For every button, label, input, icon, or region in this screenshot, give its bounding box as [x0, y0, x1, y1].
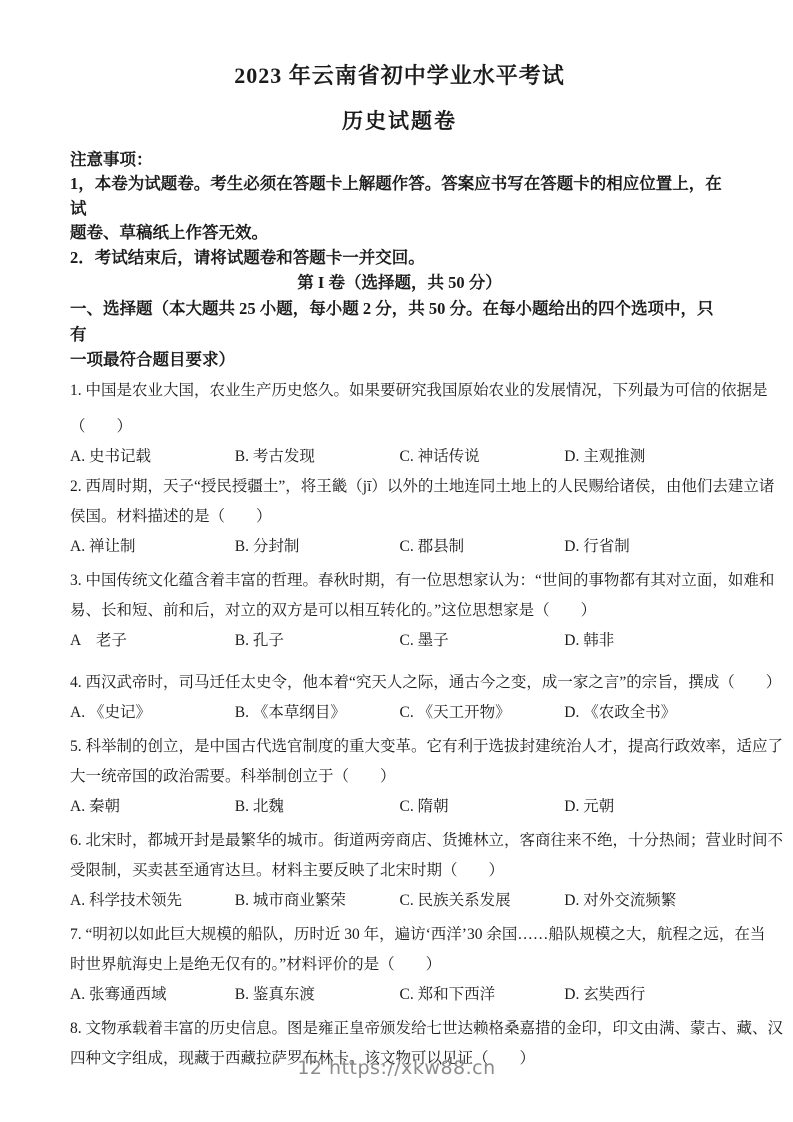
option-c: C. 神话传说 — [400, 442, 565, 472]
question-5-text-cont: 大一统帝国的政治需要。科举制创立于（ ） — [70, 762, 729, 792]
question-3-text-cont: 易、长和短、前和后，对立的双方是可以相互转化的。”这位思想家是（ ） — [70, 596, 729, 626]
notice-line-1-cont: 题卷、草稿纸上作答无效。 — [70, 221, 729, 246]
question-1-options: A. 史书记载 B. 考古发现 C. 神话传说 D. 主观推测 — [70, 442, 729, 472]
question-1-answer-blank: （ ） — [70, 412, 729, 442]
option-a: A. 张骞通西域 — [70, 980, 235, 1010]
question-1-text: 1. 中国是农业大国，农业生产历史悠久。如果要研究我国原始农业的发展情况，下列最… — [70, 376, 729, 406]
question-1: 1. 中国是农业大国，农业生产历史悠久。如果要研究我国原始农业的发展情况，下列最… — [70, 376, 729, 472]
question-2-options: A. 禅让制 B. 分封制 C. 郡县制 D. 行省制 — [70, 532, 729, 562]
question-5-options: A. 秦朝 B. 北魏 C. 隋朝 D. 元朝 — [70, 792, 729, 822]
option-d: D. 韩非 — [564, 626, 729, 656]
option-b: B. 鉴真东渡 — [235, 980, 400, 1010]
option-b: B. 孔子 — [235, 626, 400, 656]
notice-heading: 注意事项： — [70, 148, 729, 172]
option-b: B. 城市商业繁荣 — [235, 886, 400, 916]
option-c: C. 《天工开物》 — [400, 698, 565, 728]
option-a: A. 秦朝 — [70, 792, 235, 822]
option-a: A. 《史记》 — [70, 698, 235, 728]
option-b: B. 《本草纲目》 — [235, 698, 400, 728]
option-d: D. 对外交流频繁 — [564, 886, 729, 916]
question-2-text: 2. 西周时期，天子“授民授疆土”，将王畿（jī）以外的土地连同土地上的人民赐给… — [70, 472, 729, 502]
option-d: D. 玄奘西行 — [564, 980, 729, 1010]
option-b: B. 分封制 — [235, 532, 400, 562]
option-b: B. 北魏 — [235, 792, 400, 822]
notice-line-1: 1，本卷为试题卷。考生必须在答题卡上解题作答。答案应书写在答题卡的相应位置上，在… — [70, 172, 729, 221]
exam-title: 2023 年云南省初中学业水平考试 — [70, 62, 729, 90]
section-header: 第 I 卷（选择题，共 50 分） — [70, 270, 729, 296]
page-footer-watermark: 12 https://xkw88.cn — [0, 1057, 793, 1079]
question-6-options: A. 科学技术领先 B. 城市商业繁荣 C. 民族关系发展 D. 对外交流频繁 — [70, 886, 729, 916]
exam-subtitle: 历史试题卷 — [70, 107, 729, 135]
option-c: C. 隋朝 — [400, 792, 565, 822]
option-d: D. 元朝 — [564, 792, 729, 822]
question-5: 5. 科举制的创立，是中国古代选官制度的重大变革。它有利于选拔封建统治人才，提高… — [70, 732, 729, 822]
option-c: C. 郡县制 — [400, 532, 565, 562]
question-5-text: 5. 科举制的创立，是中国古代选官制度的重大变革。它有利于选拔封建统治人才，提高… — [70, 732, 729, 762]
choice-section-intro: 一、选择题（本大题共 25 小题，每小题 2 分，共 50 分。在每小题给出的四… — [70, 296, 729, 347]
question-7-options: A. 张骞通西域 B. 鉴真东渡 C. 郑和下西洋 D. 玄奘西行 — [70, 980, 729, 1010]
question-3: 3. 中国传统文化蕴含着丰富的哲理。春秋时期，有一位思想家认为：“世间的事物都有… — [70, 566, 729, 656]
question-4-options: A. 《史记》 B. 《本草纲目》 C. 《天工开物》 D. 《农政全书》 — [70, 698, 729, 728]
question-4-text: 4. 西汉武帝时，司马迁任太史令，他本着“究天人之际，通古今之变，成一家之言”的… — [70, 668, 729, 698]
question-7-text-cont: 时世界航海史上是绝无仅有的。”材料评价的是（ ） — [70, 950, 729, 980]
question-3-options: A 老子 B. 孔子 C. 墨子 D. 韩非 — [70, 626, 729, 656]
option-d: D. 《农政全书》 — [564, 698, 729, 728]
option-c: C. 墨子 — [400, 626, 565, 656]
question-2-text-cont: 侯国。材料描述的是（ ） — [70, 502, 729, 532]
question-6: 6. 北宋时，都城开封是最繁华的城市。街道两旁商店、货摊林立，客商往来不绝，十分… — [70, 826, 729, 916]
question-6-text: 6. 北宋时，都城开封是最繁华的城市。街道两旁商店、货摊林立，客商往来不绝，十分… — [70, 826, 729, 856]
notice-line-2: 2．考试结束后，请将试题卷和答题卡一并交回。 — [70, 246, 729, 271]
question-3-text: 3. 中国传统文化蕴含着丰富的哲理。春秋时期，有一位思想家认为：“世间的事物都有… — [70, 566, 729, 596]
option-a: A. 史书记载 — [70, 442, 235, 472]
option-c: C. 郑和下西洋 — [400, 980, 565, 1010]
exam-paper-page: 2023 年云南省初中学业水平考试 历史试题卷 注意事项： 1，本卷为试题卷。考… — [0, 0, 793, 1122]
question-6-text-cont: 受限制，买卖甚至通宵达旦。材料主要反映了北宋时期（ ） — [70, 856, 729, 886]
option-a: A. 禅让制 — [70, 532, 235, 562]
question-7: 7. “明初以如此巨大规模的船队，历时近 30 年，遍访‘西洋’30 余国……船… — [70, 920, 729, 1010]
option-c: C. 民族关系发展 — [400, 886, 565, 916]
questions-list: 1. 中国是农业大国，农业生产历史悠久。如果要研究我国原始农业的发展情况，下列最… — [70, 376, 729, 1074]
choice-section-intro-cont: 一项最符合题目要求） — [70, 347, 729, 373]
question-2: 2. 西周时期，天子“授民授疆土”，将王畿（jī）以外的土地连同土地上的人民赐给… — [70, 472, 729, 562]
document-body: 2023 年云南省初中学业水平考试 历史试题卷 注意事项： 1，本卷为试题卷。考… — [0, 0, 793, 1074]
option-d: D. 主观推测 — [564, 442, 729, 472]
question-7-text: 7. “明初以如此巨大规模的船队，历时近 30 年，遍访‘西洋’30 余国……船… — [70, 920, 729, 950]
option-b: B. 考古发现 — [235, 442, 400, 472]
question-4: 4. 西汉武帝时，司马迁任太史令，他本着“究天人之际，通古今之变，成一家之言”的… — [70, 668, 729, 728]
question-8-text: 8. 文物承载着丰富的历史信息。图是雍正皇帝颁发给七世达赖格桑嘉措的金印，印文由… — [70, 1014, 729, 1044]
option-d: D. 行省制 — [564, 532, 729, 562]
option-a: A 老子 — [70, 626, 235, 656]
option-a: A. 科学技术领先 — [70, 886, 235, 916]
